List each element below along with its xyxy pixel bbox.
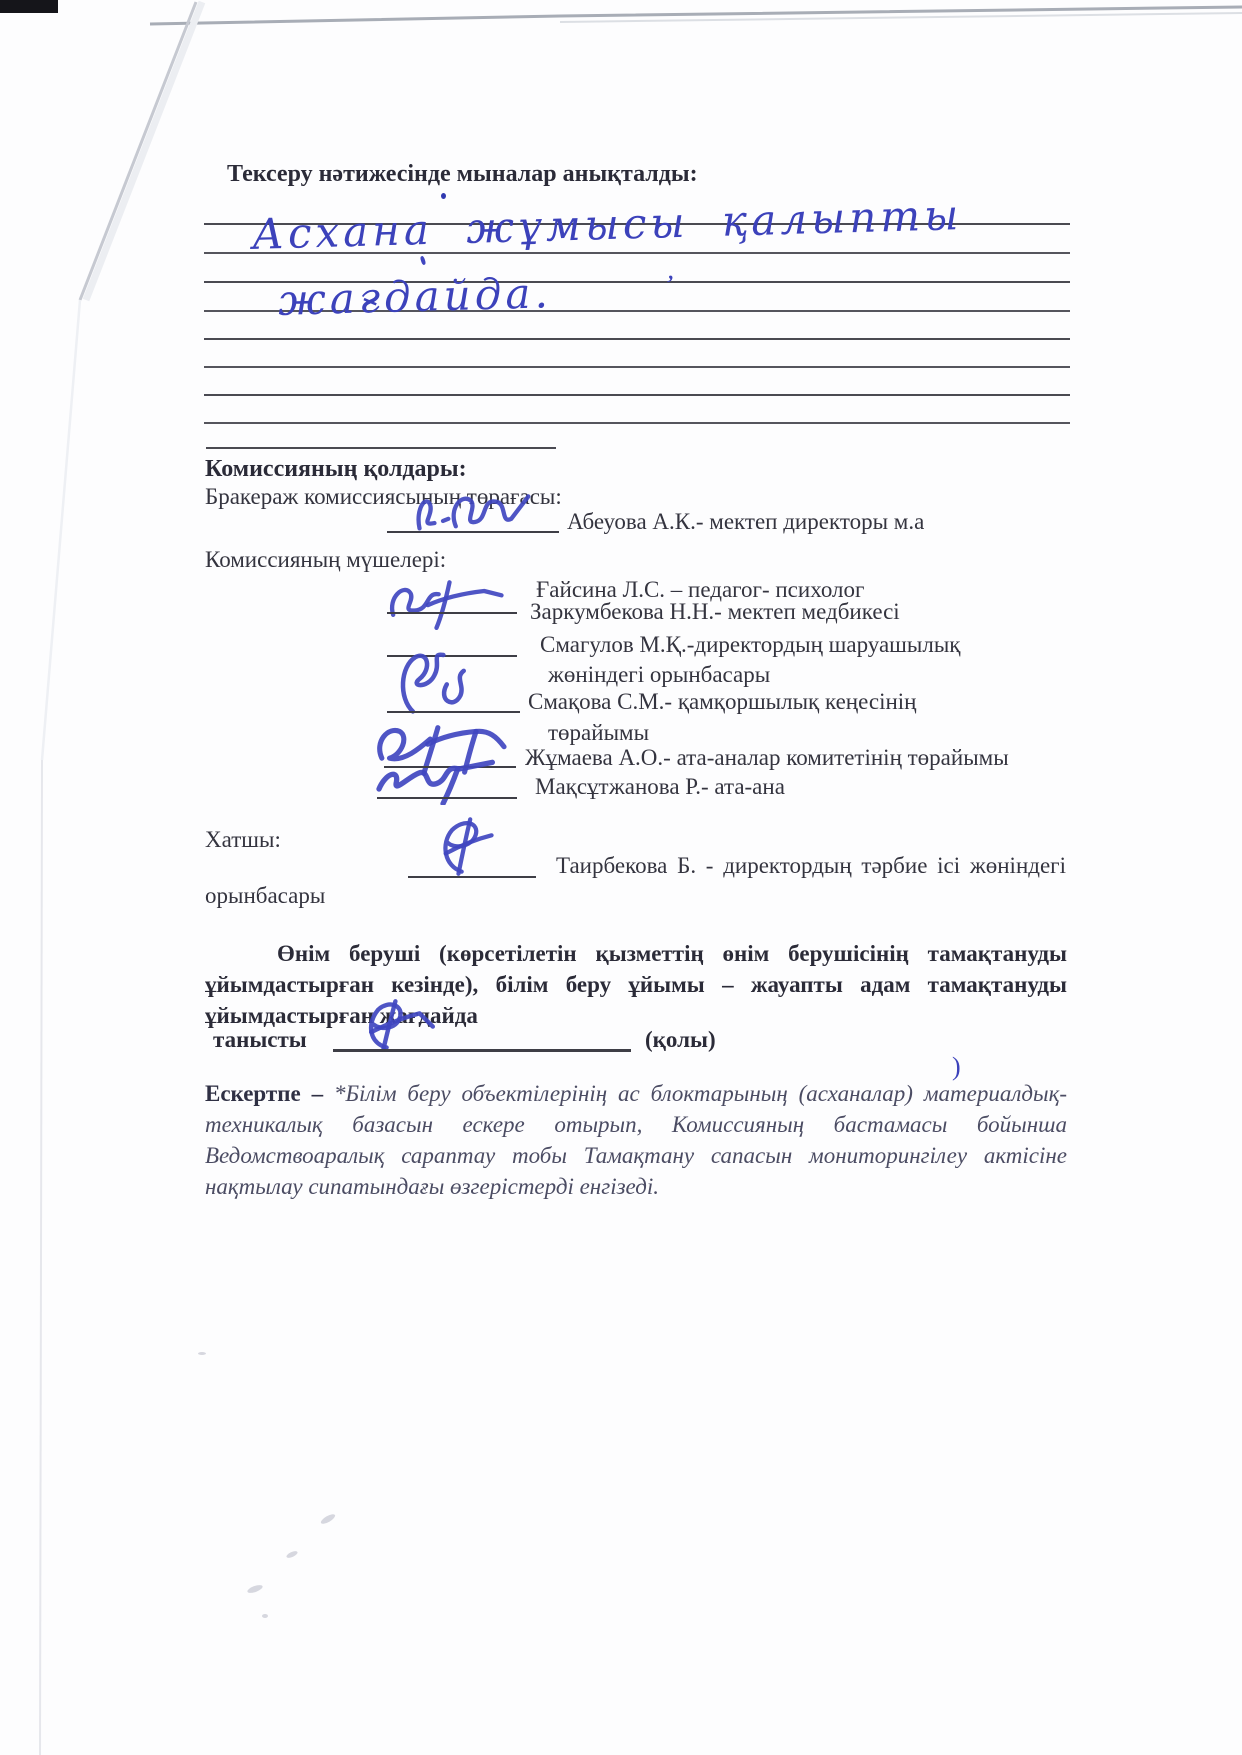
commission-title: Комиссияның қолдары: — [205, 455, 467, 483]
scan-smudge — [198, 1352, 206, 1355]
note-line1: Ескертпе – *Білім беру объектілерінің ас… — [205, 1080, 1067, 1108]
chairman-name: Абеуова А.К.- мектеп директоры м.а — [567, 508, 924, 536]
members-label: Комиссияның мүшелері: — [205, 546, 446, 574]
handwritten-findings-line2: жағдайда. — [277, 268, 552, 325]
supplier-paragraph-line2: ұйымдастырған кезінде), білім беру ұйымы… — [205, 971, 1067, 999]
supplier-paragraph-line1: Өнім беруші (көрсетілетін қызметтің өнім… — [205, 940, 1067, 968]
scan-smudge — [262, 1614, 268, 1618]
signature-line-maksutzhanova — [377, 797, 517, 799]
signature-tairbekova-ink — [428, 814, 506, 878]
signature-line-acknowledgement — [333, 1049, 631, 1052]
stray-ink-paren: ) — [952, 1052, 961, 1082]
secretary-name: Таирбекова Б. - директордың тәрбие ісі ж… — [556, 852, 1066, 880]
ruled-line — [204, 366, 1070, 368]
paper-left-edge-upper — [42, 300, 80, 760]
signature-smakova-ink — [388, 646, 483, 716]
acknowledgement-label: танысты — [213, 1026, 307, 1054]
ruled-line — [204, 394, 1070, 396]
secretary-label: Хатшы: — [205, 826, 281, 854]
note-line2: техникалық базасын ескере отырып, Комисс… — [205, 1111, 1067, 1139]
signature-acknowledgement-ink — [342, 998, 462, 1053]
note-line3: Ведомствоаралық сараптау тобы Тамақтану … — [205, 1142, 1067, 1170]
ruled-line — [204, 338, 1070, 340]
note-line1-text: *Білім беру объектілерінің ас блоктарыны… — [334, 1081, 1067, 1106]
signature-line-secretary — [408, 876, 536, 878]
member-zarkumbekova: Заркумбекова Н.Н.- мектеп медбикесі — [530, 598, 900, 626]
scanner-corner-black-strip — [0, 0, 58, 13]
member-smakova-line1: Смақова С.М.- қамқоршылық кеңесінің — [528, 688, 916, 716]
member-zhumaeva: Жұмаева А.О.- ата-аналар комитетінің төр… — [525, 744, 1009, 772]
member-smagulov-line2: жөніндегі орынбасары — [548, 661, 770, 689]
document-page: Тексеру нәтижесінде мыналар анықталды: А… — [0, 0, 1242, 1755]
paper-left-edge-lower — [40, 760, 42, 1755]
stray-ink-dot — [441, 193, 446, 199]
signature-zarkumbekova-ink — [382, 578, 517, 630]
member-maksutzhanova: Мақсұтжанова Р.- ата-ана — [535, 773, 785, 801]
signature-line-smakova — [387, 711, 520, 713]
page-title: Тексеру нәтижесінде мыналар анықталды: — [227, 160, 698, 188]
note-line4: нақтылау сипатындағы өзгерістерді енгізе… — [205, 1173, 659, 1201]
ruled-line — [204, 422, 1070, 424]
member-smagulov-line1: Смагулов М.Қ.-директордың шаруашылық — [540, 631, 960, 659]
short-divider-line — [206, 447, 556, 449]
secretary-name-cont: орынбасары — [205, 882, 325, 910]
signature-line-zarkumbekova — [387, 612, 517, 614]
note-label: Ескертпе – — [205, 1081, 323, 1106]
paper-fold-highlight — [86, 2, 202, 300]
member-smakova-line2: төрайымы — [548, 719, 649, 747]
signature-line-chairman — [387, 531, 559, 533]
acknowledgement-suffix: (қолы) — [645, 1026, 716, 1054]
paper-fold-crease — [80, 2, 196, 300]
